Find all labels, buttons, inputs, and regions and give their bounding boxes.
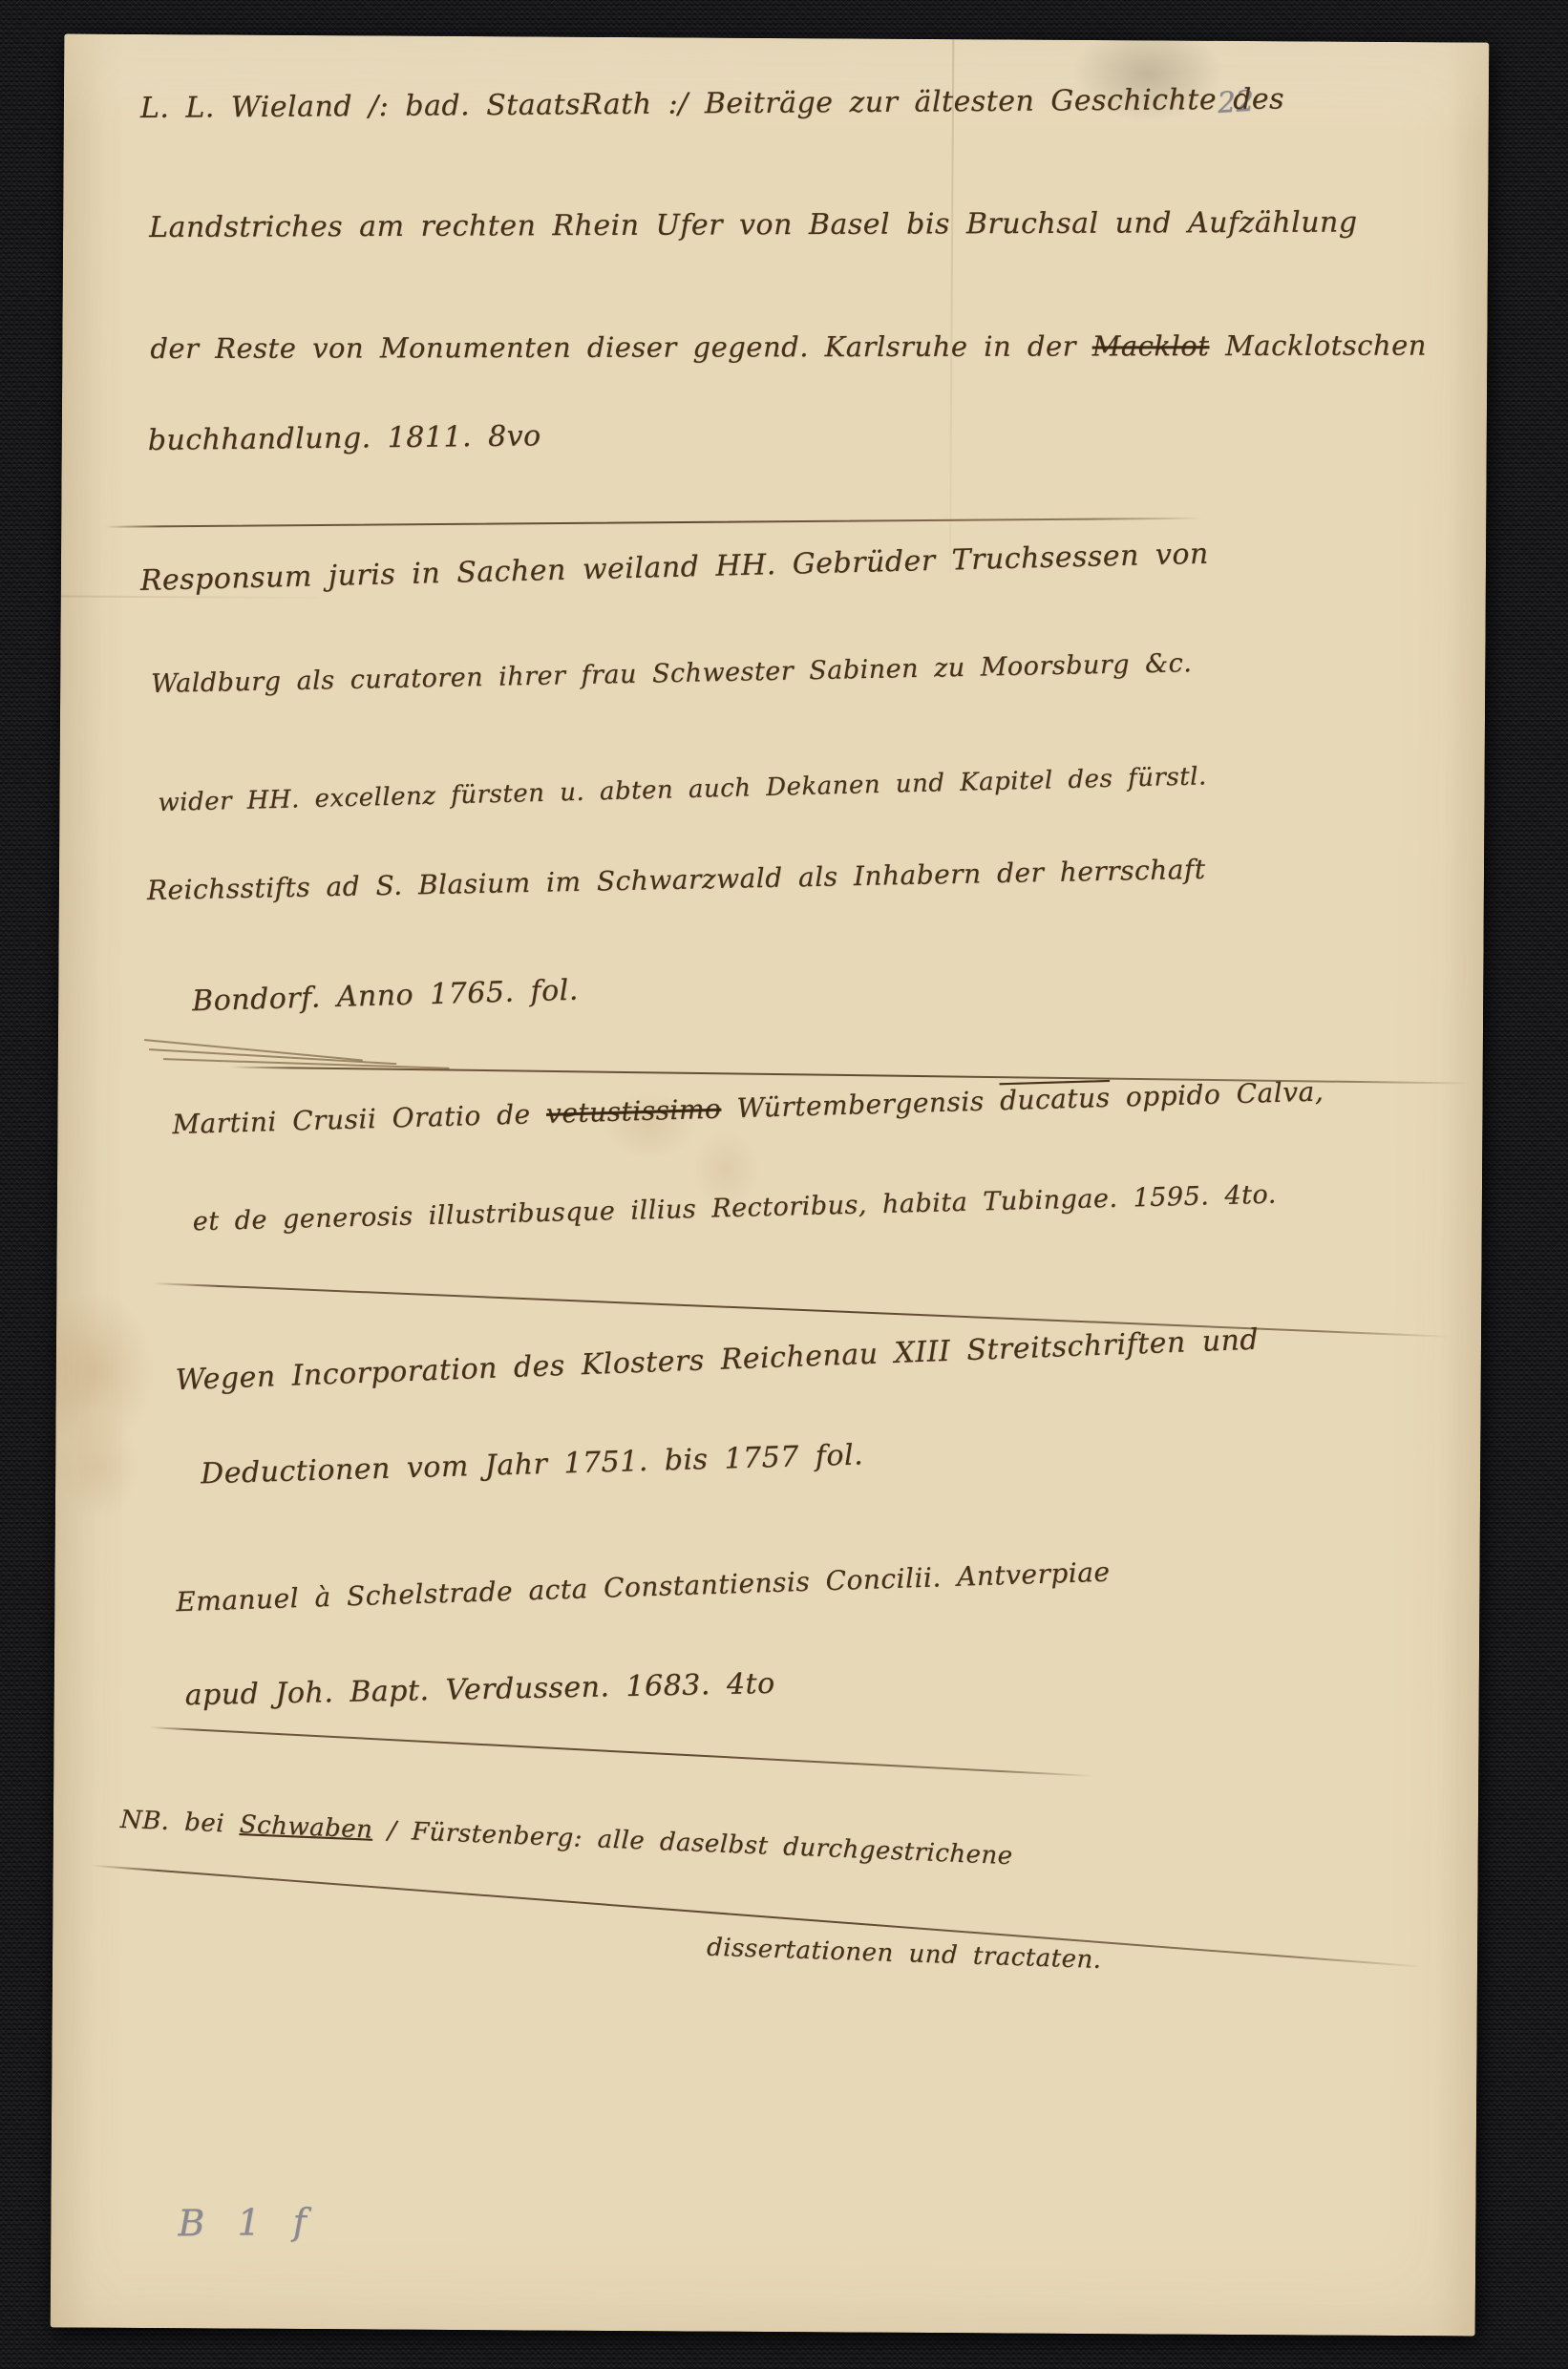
line-text: Würtembergensis [721,1085,1001,1124]
line-text: oppido Calva, [1110,1075,1324,1112]
manuscript-line-04: buchhandlung. 1811. 8vo [148,419,541,457]
manuscript-line-03: der Reste von Monumenten dieser gegend. … [150,329,1427,365]
manuscript-line-01: L. L. Wieland /: bad. StaatsRath :/ Beit… [140,83,1284,125]
manuscript-line-12: Wegen Incorporation des Klosters Reichen… [175,1323,1260,1398]
overlined-word: ducatus [1000,1082,1111,1116]
manuscript-line-05: Responsum juris in Sachen weiland HH. Ge… [139,538,1209,598]
manuscript-line-06: Waldburg als curatoren ihrer frau Schwes… [151,648,1193,699]
underlined-word: Schwaben [239,1810,373,1845]
manuscript-line-16: NB. bei Schwaben / Fürstenberg: alle das… [119,1806,1013,1871]
manuscript-line-02: Landstriches am rechten Rhein Ufer von B… [149,205,1358,244]
manuscript-page: 22 L. L. Wieland /: bad. StaatsRath :/ B… [51,33,1490,2336]
manuscript-line-10: Martini Crusii Oratio de vetustissimo Wü… [172,1075,1324,1140]
manuscript-line-14: Emanuel à Schelstrade acta Constantiensi… [176,1556,1111,1618]
struck-word: vetustissimo [546,1093,722,1130]
manuscript-line-17: dissertationen und tractaten. [707,1934,1102,1975]
manuscript-line-09: Bondorf. Anno 1765. fol. [192,974,580,1019]
manuscript-line-13: Deductionen vom Jahr 1751. bis 1757 fol. [201,1438,864,1491]
fold-crease-vertical [949,39,954,574]
manuscript-line-08: Reichsstifts ad S. Blasium im Schwarzwal… [147,854,1206,906]
line-text: NB. bei [119,1806,240,1839]
photograph-background: { "scan": { "folio_number": "22", "archi… [0,0,1568,2369]
line-text: Martini Crusii Oratio de [172,1098,547,1140]
line-text: / Fürstenberg: alle daselbst durchgestri… [372,1816,1013,1871]
line-text: der Reste von Monumenten dieser gegend. … [150,329,1091,365]
archive-mark-pencil: B 1 f [178,2201,307,2245]
manuscript-line-11: et de generosis illustribusque illius Re… [192,1180,1277,1237]
ink-divider-1 [104,518,1202,528]
line-text: Macklotschen [1209,329,1427,363]
ink-divider-4 [149,1726,1093,1777]
manuscript-line-15: apud Joh. Bapt. Verdussen. 1683. 4to [184,1667,775,1712]
manuscript-line-07: wider HH. excellenz fürsten u. abten auc… [158,762,1207,817]
struck-word: Macklot [1092,329,1210,362]
